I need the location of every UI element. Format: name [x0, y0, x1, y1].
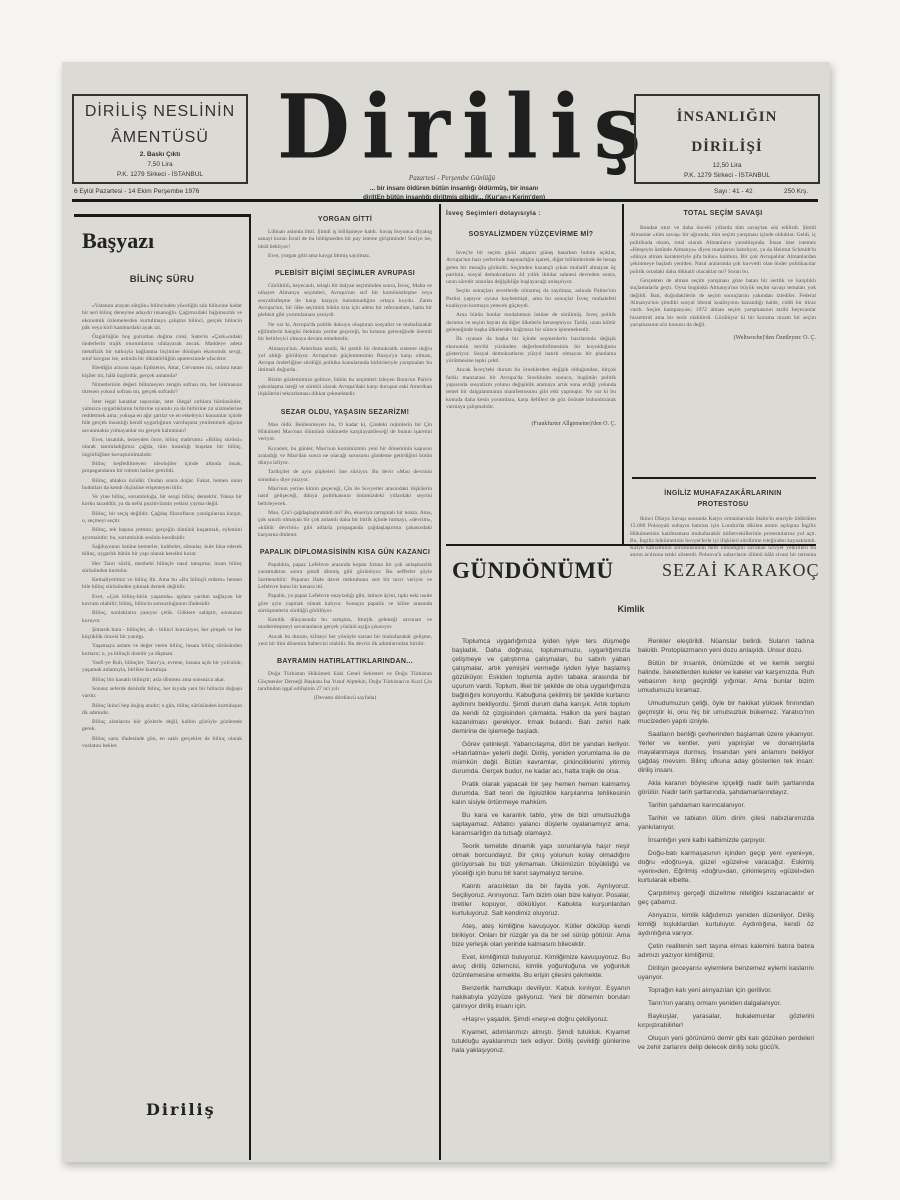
editorial-paragraph: Bilinç keşfedilmeyen ideolojiler içinde …	[82, 461, 242, 476]
sweden-paragraph: Seçim sonuçları sevetlerde olmamış da sa…	[446, 288, 616, 310]
right-mid-paragraph: İkinci Dünya Savaşı sonunda Katyn ormanl…	[630, 516, 816, 556]
editorial-paragraph: «Vatanını arayan sürgün» bilincinden yüc…	[82, 303, 242, 332]
middle-article-headline: PAPALIK DİPLOMASİSİNİN KISA GÜN KAZANCI	[258, 549, 432, 556]
middle-paragraph: Mao'nun yerine kimin geçeceği, Çin ile S…	[258, 486, 432, 508]
editorial-paragraph: Ebediğin arzusu taşan Epiktetos, Attar, …	[82, 365, 242, 380]
column-body-left: Toplumca uygarlığımıza iyiden iyiye ters…	[452, 637, 630, 1059]
column-paragraph: Saatların benliği çevherinden başlamak ü…	[638, 730, 814, 775]
middle-paragraph: Papalık, ya papaz Lefebvre onayladığı gi…	[258, 593, 432, 615]
sweden-body: İsveç'te bir seçim günü akşamı güneş bat…	[446, 250, 616, 413]
middle-divider	[439, 204, 441, 1160]
middle-article-headline: BAYRAMIN HATIRLATTIKLARINDAN...	[258, 658, 432, 665]
editorial-paragraph: Şimarık bara - bilinçler, ah - bilinci k…	[82, 627, 242, 642]
sweden-paragraph: İsveç'te bir seçim günü akşamı güneş bat…	[446, 250, 616, 286]
middle-paragraph: Ancak bu durum, kiliseyi her yönüyle sar…	[258, 634, 432, 649]
editorial-paragraph: Yaşamaya anlam ve değer veren bilinç, in…	[82, 643, 242, 658]
ad-title-line1: İNSANLIĞIN	[636, 108, 818, 126]
middle-paragraph: Mao, Çin'i çağdaşlaştırabildi mi? Bu, ek…	[258, 510, 432, 539]
column-paragraph: Benzerlik hamdkapı deviliyor. Kabuk kırı…	[452, 984, 630, 1011]
column-paragraph: «Haşr»ı yaşadık. Şimdi «neşr»e doğru çek…	[452, 1015, 630, 1024]
ad-address: P.K. 1279 Sirkeci - İSTANBUL	[74, 171, 246, 178]
editorial-headline: BİLİNÇ SÜRU	[82, 274, 242, 285]
sweden-divider	[622, 204, 624, 544]
column-author: SEZAİ KARAKOÇ	[662, 560, 820, 581]
sweden-paragraph: Ancak İsveç'teki durum bu örneklerden de…	[446, 367, 616, 411]
ad-edition: 2. Baskı Çıktı	[74, 151, 246, 158]
editorial-divider	[249, 214, 251, 1160]
column-paragraph: Doğu-batı karmaşasının içinden geçip yen…	[638, 849, 814, 885]
column-paragraph: Tarihin şahdamarı karıncalanıyor.	[638, 801, 814, 810]
editorial-paragraph: Bilinç, sonlukların yanıyor çelik. Gökle…	[82, 610, 242, 625]
column-paragraph: Dirilişin geceyarısı eylemlere benzemez …	[638, 964, 814, 982]
editorial-body: «Vatanını arayan sürgün» bilincinden yüc…	[82, 303, 242, 752]
middle-paragraph: Tarihçiler de aynı şüpheleri öne sürüyor…	[258, 469, 432, 484]
middle-article-headline: SEZAR OLDU, YAŞASIN SEZARİZM!	[258, 409, 432, 416]
ad-box-amentusu: DİRİLİŞ NESLİNİN ÂMENTÜSÜ 2. Baskı Çıktı…	[72, 94, 248, 184]
editorial-paragraph: Bilinç ikinci hep doğuş anıdır; o gün, b…	[82, 703, 242, 718]
total-election-article: TOTAL SEÇİM SAVAŞI Bundan otuz ve daha ö…	[630, 210, 816, 341]
middle-article-body: Lübnan aslında bitti. Şimdi iş bölüşmeye…	[258, 229, 432, 260]
ad-title-line1: DİRİLİŞ NESLİNİN	[74, 102, 246, 122]
column-paragraph: Umudumuzun çeliği, öyle bir hakikat yüks…	[638, 699, 814, 726]
editorial-paragraph: Kemaliyetimiz ve bilinç ilk. Ama bu «Bu …	[82, 577, 242, 592]
issue-price: 250 Krş.	[784, 188, 808, 195]
middle-article-body: Gürültülü, heyecanlı, telaşlı bir italya…	[258, 283, 432, 398]
middle-article: SEZAR OLDU, YAŞASIN SEZARİZM!Mao öldü. B…	[258, 409, 432, 539]
middle-paragraph: Evet, yorgan gitti ama kavga bitmiş sayı…	[258, 253, 432, 260]
footer-logo: Diriliş	[146, 1100, 216, 1119]
editorial-paragraph: Vasfi-ye Ruh, bilinçler, Tanrı'ya, evren…	[82, 660, 242, 675]
column-paragraph: Kıyamet, adımlarımızı almıştı. Şimdi tut…	[452, 1028, 630, 1055]
column-rule	[446, 544, 816, 546]
protest-article: İNGİLİZ MUHAFAZAKÂRLARININ PROTESTOSU İk…	[630, 490, 816, 556]
editorial-paragraph: Ve yine bilinç, sorumluluğa, bir sezgi b…	[82, 494, 242, 509]
editorial-paragraph: Bilinç, tek başına yetmez; gerçeğin tümü…	[82, 527, 242, 542]
sweden-paragraph: İlk uyanan da başka bir içinde seçmenler…	[446, 336, 616, 365]
editorial-rule	[74, 214, 249, 217]
middle-paragraph: Papalıkla, papaz Lefebvre arasında kopan…	[258, 562, 432, 591]
sweden-headline: SOSYALİZMDEN YÜZÇEVİRME Mİ?	[446, 231, 616, 238]
column-paragraph: Evet, kimliğimizi buluyoruz. Kimliğimize…	[452, 953, 630, 980]
column-paragraph: Pratik olarak yapacak bir şey hemen heme…	[452, 780, 630, 807]
right-top-paragraph: Bundan otuz ve daha önceki yıllarda tüm …	[630, 225, 816, 276]
ad-title-line2: DİRİLİŞİ	[636, 138, 818, 156]
editorial-paragraph: Bilinç sarsı ifadesinde gün, en saklı ge…	[82, 736, 242, 751]
middle-article-body: Doğu Türkistan Hükümeti Eski Genel Sekre…	[258, 671, 432, 693]
right-rule	[632, 477, 816, 479]
middle-article: PAPALIK DİPLOMASİSİNİN KISA GÜN KAZANCIP…	[258, 549, 432, 648]
column-section-title: GÜNDÖNÜMÜ	[452, 558, 614, 584]
column-paragraph: Akla karanın böylesine içiçeliği nadir t…	[638, 779, 814, 797]
middle-paragraph: Doğu Türkistan Hükümeti Eski Genel Sekre…	[258, 671, 432, 693]
middle-article-body: Papalıkla, papaz Lefebvre arasında kopan…	[258, 562, 432, 648]
column-paragraph: Çarpıtılmış gerçeği düzeltme niteliğini …	[638, 889, 814, 907]
ad-price: 12,50 Lira	[636, 162, 818, 169]
column-paragraph: Tanrı'nın yaratış ormanı yeniden dalgala…	[638, 999, 814, 1008]
column-paragraph: Oluşun yeni görünümü demir gibi katı göz…	[638, 1034, 814, 1052]
right-mid-headline-2: PROTESTOSU	[630, 501, 816, 508]
continued-note: (Devamı dördüncü sayfada)	[258, 695, 432, 702]
editorial-paragraph: Sağduyunun üstüne kemerler, kubbeler, sü…	[82, 544, 242, 559]
middle-paragraph: Ne var ki, Avrupa'da politik dokuyu oluş…	[258, 322, 432, 344]
editorial-paragraph: Nimetlerinin değeri bilinmeyen zengin so…	[82, 382, 242, 397]
column-paragraph: Renkler eleştirildi. Nüanslar belirdi. S…	[638, 637, 814, 655]
right-top-headline: TOTAL SEÇİM SAVAŞI	[630, 210, 816, 217]
right-top-credit: (Weltwoche)'den Özetleyen: O. Ç.	[630, 335, 816, 341]
ad-address: P.K. 1279 Sirkeci - İSTANBUL	[636, 172, 818, 179]
middle-paragraph: Mao öldü. Beklenmeyen bu, O kadar ki, Çi…	[258, 422, 432, 444]
top-rule	[72, 199, 818, 202]
middle-paragraph: Katolik dünyasında bu tartışma, liturjik…	[258, 617, 432, 632]
column-paragraph: Toplumca uygarlığımıza iyiden iyiye ters…	[452, 637, 630, 736]
masthead-logo: Diriliş	[277, 80, 607, 175]
sweden-paragraph: Ama bütün bunlar modalımsın üstüne de sü…	[446, 312, 616, 334]
editorial-paragraph: Özgürlüğün boş gururdan doğma cinsi, Sat…	[82, 334, 242, 363]
middle-articles: YORGAN GİTTİLübnan aslında bitti. Şimdi …	[258, 212, 432, 713]
ad-box-insanligin-dirilisi: İNSANLIĞIN DİRİLİŞİ 12,50 Lira P.K. 1279…	[634, 94, 820, 184]
middle-paragraph: Bizim gözlemimize gelince, bütün bu seçi…	[258, 377, 432, 399]
right-top-body: Bundan otuz ve daha önceki yıllarda tüm …	[630, 225, 816, 331]
right-mid-body: İkinci Dünya Savaşı sonunda Katyn ormanl…	[630, 516, 816, 556]
editorial-paragraph: Her Tanrı sözlü, mezhebi bilinçle nasıl …	[82, 561, 242, 576]
middle-paragraph: Lübnan aslında bitti. Şimdi iş bölüşmeye…	[258, 229, 432, 251]
column-paragraph: Tarihin ve tabiatın ölüm dirim çilesi na…	[638, 814, 814, 832]
editorial-paragraph: İster legal kanatlar taşısınlar, ister i…	[82, 399, 242, 435]
issue-date: 6 Eylül Pazartesi - 14 Ekim Perşembe 197…	[74, 188, 199, 195]
editorial-paragraph: Bilinç alanlarını kör gözlerle değil, ka…	[82, 719, 242, 734]
middle-paragraph: Gürültülü, heyecanlı, telaşlı bir italya…	[258, 283, 432, 319]
editorial-paragraph: Sonsuz seferde denizdir bilinç, her kıyı…	[82, 686, 242, 701]
sweden-kicker: İsveç Seçimleri dolayısıyla :	[446, 210, 616, 217]
column-paragraph: İnsanlığın yeni kalbi kalbimizde çarpıyo…	[638, 836, 814, 845]
middle-article: PLEBİSİT BİÇİMİ SEÇİMLER AVRUPASIGürültü…	[258, 270, 432, 398]
editorial: Başyazı BİLİNÇ SÜRU «Vatanını arayan sür…	[82, 228, 242, 752]
editorial-paragraph: Bilinç, bir seçiş değildir. Çağdaş filoz…	[82, 511, 242, 526]
column-paragraph: Ateş, ateş kimliğine kavuşuyor. Küller d…	[452, 922, 630, 949]
sweden-credit: (Frankfurter Allgemeine)'den O. Ç.	[446, 421, 616, 427]
editorial-paragraph: Evet, insanlık, bezeyden önce, bilinç ma…	[82, 437, 242, 459]
editorial-paragraph: Bilinç bin kanatlı bilinçtir; asla dönme…	[82, 677, 242, 684]
sweden-article: İsveç Seçimleri dolayısıyla : SOSYALİZMD…	[446, 210, 616, 427]
editorial-paragraph: Evet, «Çok bilinç-birin yaşamda» ıgılara…	[82, 594, 242, 609]
column-paragraph: Çetin realitenin sert taşına elmas kalem…	[638, 942, 814, 960]
section-title-basyazi: Başyazı	[82, 228, 242, 254]
ad-title-line2: ÂMENTÜSÜ	[74, 128, 246, 148]
column-paragraph: Bu kara ve karanlık tablo, yine de bizi …	[452, 811, 630, 838]
column-paragraph: Kalıntı aracılıktan da bir fayda yok. Ay…	[452, 882, 630, 918]
issue-number: Sayı : 41 - 42	[714, 188, 753, 195]
middle-paragraph: Kıyamet, bu günler, Mao'nun komünizmin y…	[258, 446, 432, 468]
middle-article-headline: PLEBİSİT BİÇİMİ SEÇİMLER AVRUPASI	[258, 270, 432, 277]
middle-paragraph: Almanya'nın, Amerikan usulü, iki partili…	[258, 346, 432, 375]
middle-article-headline: YORGAN GİTTİ	[258, 216, 432, 223]
column-paragraph: Bütün bir insanlık, önümüzde et ve kemik…	[638, 659, 814, 695]
editorial-paragraph: Bilinç, ahlakın özüdür. Ondan sonra doğa…	[82, 478, 242, 493]
right-mid-headline-1: İNGİLİZ MUHAFAZAKÂRLARININ	[630, 490, 816, 497]
column-paragraph: Alınyazısı, kimlik kâğıdımızı yeniden dü…	[638, 911, 814, 938]
middle-article: YORGAN GİTTİLübnan aslında bitti. Şimdi …	[258, 216, 432, 260]
column-paragraph: Toprağın katı yeni alınyazıları için ger…	[638, 986, 814, 995]
masthead-subtitle: Pazartesi - Perşembe Günlüğü	[342, 174, 562, 182]
ad-price: 7,50 Lira	[74, 161, 246, 168]
column-paragraph: Görev çetinleşti. Yabancılaşma, dört bir…	[452, 740, 630, 776]
middle-article-body: Mao öldü. Beklenmeyen bu, O kadar ki, Çi…	[258, 422, 432, 539]
newspaper-page: DİRİLİŞ NESLİNİN ÂMENTÜSÜ 2. Baskı Çıktı…	[62, 62, 830, 1162]
column-paragraph: Baykuşlar, yarasalar, bukalemunlar gözle…	[638, 1012, 814, 1030]
motto-line1: ... bir insanı öldüren bütün insanlığı ö…	[324, 184, 584, 193]
middle-column: YORGAN GİTTİLübnan aslında bitti. Şimdi …	[258, 212, 432, 713]
column-paragraph: Teorik temelde dinamik yapı sorunlarıyla…	[452, 842, 630, 878]
column-body-right: Renkler eleştirildi. Nüanslar belirdi. S…	[638, 637, 814, 1056]
column-headline: Kimlik	[446, 604, 816, 614]
right-top-paragraph: Gerçekten de alman seçim yarışması göze …	[630, 278, 816, 329]
middle-article: BAYRAMIN HATIRLATTIKLARINDAN...Doğu Türk…	[258, 658, 432, 702]
